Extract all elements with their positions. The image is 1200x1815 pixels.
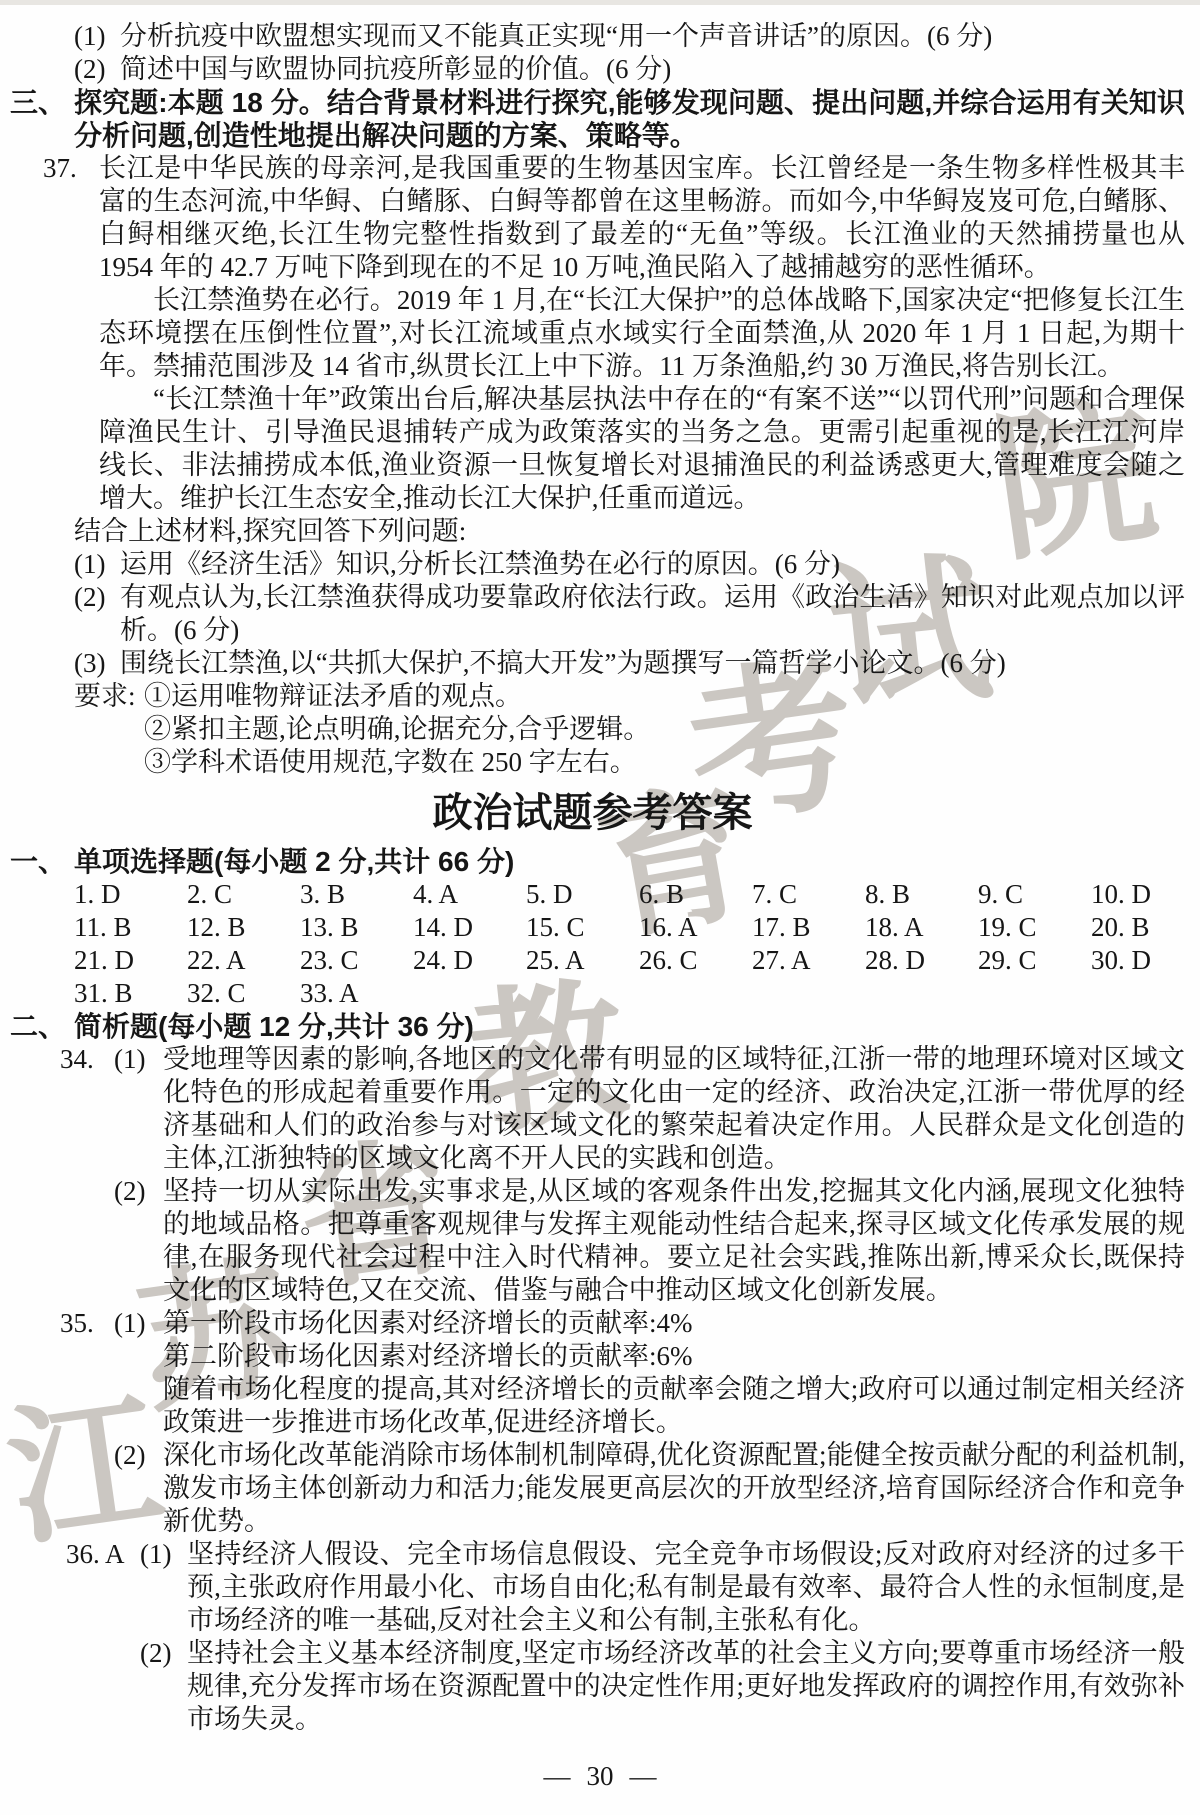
item-number: 36. A	[66, 1538, 125, 1571]
item-number: 34.	[60, 1043, 94, 1076]
answer-cell: 16. A	[639, 911, 752, 944]
exam-answer-page: 江苏省教育考试院 (1)分析抗疫中欧盟想实现而又不能真正实现“用一个声音讲话”的…	[0, 0, 1200, 1815]
answer-cell: 14. D	[413, 911, 526, 944]
requirement-item: ③学科术语使用规范,字数在 250 字左右。	[0, 746, 1185, 779]
item-number: 35.	[60, 1307, 94, 1340]
text-content: 简析题(每小题 12 分,共计 36 分)	[74, 1011, 474, 1042]
materials-paragraph: “长江禁渔十年”政策出台后,解决基层执法中存在的“有案不送”“以罚代刑”问题和合…	[0, 383, 1185, 515]
item-marker: 要求:	[74, 680, 136, 713]
prompt-line: 结合上述材料,探究回答下列问题:	[0, 515, 1185, 548]
requirements: 要求:①运用唯物辩证法矛盾的观点。	[0, 680, 1185, 713]
answer-title: 政治试题参考答案	[0, 779, 1185, 845]
answer-line: 第二阶段市场化因素对经济增长的贡献率:6%	[163, 1340, 1185, 1373]
answer-cell: 7. C	[752, 878, 865, 911]
item-marker: (2)	[140, 1637, 171, 1670]
footer-dash-left: —	[544, 1761, 571, 1791]
answer-cell: 18. A	[865, 911, 978, 944]
item-marker: (2)	[114, 1175, 145, 1208]
text-content: 有观点认为,长江禁渔获得成功要靠政府依法行政。运用《政治生活》知识对此观点加以评…	[120, 582, 1185, 645]
text-content: ①运用唯物辩证法矛盾的观点。	[144, 681, 522, 711]
section-heading-3: 三、探究题:本题 18 分。结合背景材料进行探究,能够发现问题、提出问题,并综合…	[0, 86, 1185, 152]
materials-paragraph: 长江禁渔势在必行。2019 年 1 月,在“长江大保护”的总体战略下,国家决定“…	[0, 284, 1185, 383]
answer-grid: 1. D2. C3. B4. A5. D6. B7. C8. B9. C10. …	[0, 878, 1185, 1010]
answer-cell: 2. C	[187, 878, 300, 911]
answer-cell: 5. D	[526, 878, 639, 911]
text-content: 单项选择题(每小题 2 分,共计 66 分)	[74, 846, 514, 877]
question-line: (1)分析抗疫中欧盟想实现而又不能真正实现“用一个声音讲话”的原因。(6 分)	[0, 20, 1185, 53]
answer-35-1: 35.(1)第一阶段市场化因素对经济增长的贡献率:4%第二阶段市场化因素对经济增…	[0, 1307, 1185, 1439]
question-37-materials: 37.长江是中华民族的母亲河,是我国重要的生物基因宝库。长江曾经是一条生物多样性…	[0, 152, 1185, 284]
answer-cell: 17. B	[752, 911, 865, 944]
requirement-item: ②紧扣主题,论点明确,论据充分,合乎逻辑。	[0, 713, 1185, 746]
answer-cell: 31. B	[74, 977, 187, 1010]
section-heading-2: 二、简析题(每小题 12 分,共计 36 分)	[0, 1010, 1185, 1043]
answer-cell: 26. C	[639, 944, 752, 977]
answer-34-2: (2)坚持一切从实际出发,实事求是,从区域的客观条件出发,挖掘其文化内涵,展现文…	[0, 1175, 1185, 1307]
answer-cell: 27. A	[752, 944, 865, 977]
answer-row: 1. D2. C3. B4. A5. D6. B7. C8. B9. C10. …	[74, 878, 1185, 911]
text-content: 受地理等因素的影响,各地区的文化带有明显的区域特征,江浙一带的地理环境对区域文化…	[163, 1044, 1185, 1173]
item-marker: (2)	[74, 53, 105, 86]
item-marker: (1)	[74, 20, 105, 53]
footer-dash-right: —	[630, 1761, 657, 1791]
item-marker: (2)	[114, 1439, 145, 1472]
answer-cell: 10. D	[1091, 878, 1200, 911]
document-content: (1)分析抗疫中欧盟想实现而又不能真正实现“用一个声音讲话”的原因。(6 分)(…	[0, 0, 1200, 1736]
answer-row: 31. B32. C33. A	[74, 977, 1185, 1010]
answer-cell: 28. D	[865, 944, 978, 977]
answer-34-1: 34.(1)受地理等因素的影响,各地区的文化带有明显的区域特征,江浙一带的地理环…	[0, 1043, 1185, 1175]
item-marker: 二、	[10, 1010, 66, 1043]
text-content: 坚持一切从实际出发,实事求是,从区域的客观条件出发,挖掘其文化内涵,展现文化独特…	[163, 1176, 1185, 1305]
answer-cell: 15. C	[526, 911, 639, 944]
answer-cell: 9. C	[978, 878, 1091, 911]
answer-35-2: (2)深化市场化改革能消除市场体制机制障碍,优化资源配置;能健全按贡献分配的利益…	[0, 1439, 1185, 1538]
text-content: 坚持社会主义基本经济制度,坚定市场经济改革的社会主义方向;要尊重市场经济一般规律…	[187, 1638, 1185, 1734]
sub-question: (1)运用《经济生活》知识,分析长江禁渔势在必行的原因。(6 分)	[0, 548, 1185, 581]
answer-cell: 11. B	[74, 911, 187, 944]
sub-question: (2)有观点认为,长江禁渔获得成功要靠政府依法行政。运用《政治生活》知识对此观点…	[0, 581, 1185, 647]
question-line: (2)简述中国与欧盟协同抗疫所彰显的价值。(6 分)	[0, 53, 1185, 86]
text-content: 政治试题参考答案	[433, 791, 753, 835]
page-footer: —30—	[0, 1760, 1200, 1793]
answer-row: 11. B12. B13. B14. D15. C16. A17. B18. A…	[74, 911, 1185, 944]
text-content: 探究题:本题 18 分。结合背景材料进行探究,能够发现问题、提出问题,并综合运用…	[74, 87, 1185, 151]
text-content: ②紧扣主题,论点明确,论据充分,合乎逻辑。	[144, 714, 650, 744]
answer-cell: 12. B	[187, 911, 300, 944]
text-content: 运用《经济生活》知识,分析长江禁渔势在必行的原因。(6 分)	[120, 549, 840, 579]
answer-cell: 24. D	[413, 944, 526, 977]
answer-cell: 4. A	[413, 878, 526, 911]
answer-cell: 30. D	[1091, 944, 1200, 977]
text-content: 结合上述材料,探究回答下列问题:	[74, 516, 466, 546]
item-number: 37.	[43, 152, 77, 185]
item-marker: (1)	[74, 548, 105, 581]
answer-cell: 1. D	[74, 878, 187, 911]
item-marker: 一、	[10, 845, 66, 878]
answer-cell: 3. B	[300, 878, 413, 911]
answer-row: 21. D22. A23. C24. D25. A26. C27. A28. D…	[74, 944, 1185, 977]
answer-cell: 22. A	[187, 944, 300, 977]
answer-36-1: 36. A(1)坚持经济人假设、完全市场信息假设、完全竞争市场假设;反对政府对经…	[0, 1538, 1185, 1637]
page-number: 30	[587, 1761, 614, 1791]
answer-cell: 21. D	[74, 944, 187, 977]
item-marker: (1)	[140, 1538, 171, 1571]
text-content: 简述中国与欧盟协同抗疫所彰显的价值。(6 分)	[120, 54, 671, 84]
text-content: ③学科术语使用规范,字数在 250 字左右。	[144, 747, 637, 777]
text-content: 围绕长江禁渔,以“共抓大保护,不搞大开发”为题撰写一篇哲学小论文。(6 分)	[120, 648, 1006, 678]
answer-cell: 19. C	[978, 911, 1091, 944]
answer-cell: 13. B	[300, 911, 413, 944]
sub-question: (3)围绕长江禁渔,以“共抓大保护,不搞大开发”为题撰写一篇哲学小论文。(6 分…	[0, 647, 1185, 680]
answer-cell: 8. B	[865, 878, 978, 911]
answer-cell: 25. A	[526, 944, 639, 977]
item-marker: (1)	[114, 1043, 145, 1076]
text-content: 长江是中华民族的母亲河,是我国重要的生物基因宝库。长江曾经是一条生物多样性极其丰…	[99, 153, 1185, 282]
answer-cell: 6. B	[639, 878, 752, 911]
text-content: 坚持经济人假设、完全市场信息假设、完全竞争市场假设;反对政府对经济的过多干预,主…	[187, 1539, 1185, 1635]
item-marker: (2)	[74, 581, 105, 614]
answer-cell: 20. B	[1091, 911, 1200, 944]
answer-cell: 33. A	[300, 977, 413, 1010]
answer-cell: 32. C	[187, 977, 300, 1010]
answer-cell: 29. C	[978, 944, 1091, 977]
answer-cell: 23. C	[300, 944, 413, 977]
text-content: 深化市场化改革能消除市场体制机制障碍,优化资源配置;能健全按贡献分配的利益机制,…	[163, 1440, 1185, 1536]
item-marker: 三、	[10, 86, 66, 119]
answer-line: 第一阶段市场化因素对经济增长的贡献率:4%	[163, 1307, 1185, 1340]
answer-36-2: (2)坚持社会主义基本经济制度,坚定市场经济改革的社会主义方向;要尊重市场经济一…	[0, 1637, 1185, 1736]
item-marker: (1)	[114, 1307, 145, 1340]
text-content: 分析抗疫中欧盟想实现而又不能真正实现“用一个声音讲话”的原因。(6 分)	[120, 21, 992, 51]
text-content: 长江禁渔势在必行。2019 年 1 月,在“长江大保护”的总体战略下,国家决定“…	[99, 285, 1185, 381]
item-marker: (3)	[74, 647, 105, 680]
section-heading-1: 一、单项选择题(每小题 2 分,共计 66 分)	[0, 845, 1185, 878]
answer-line: 随着市场化程度的提高,其对经济增长的贡献率会随之增大;政府可以通过制定相关经济政…	[163, 1373, 1185, 1439]
text-content: “长江禁渔十年”政策出台后,解决基层执法中存在的“有案不送”“以罚代刑”问题和合…	[99, 384, 1185, 513]
